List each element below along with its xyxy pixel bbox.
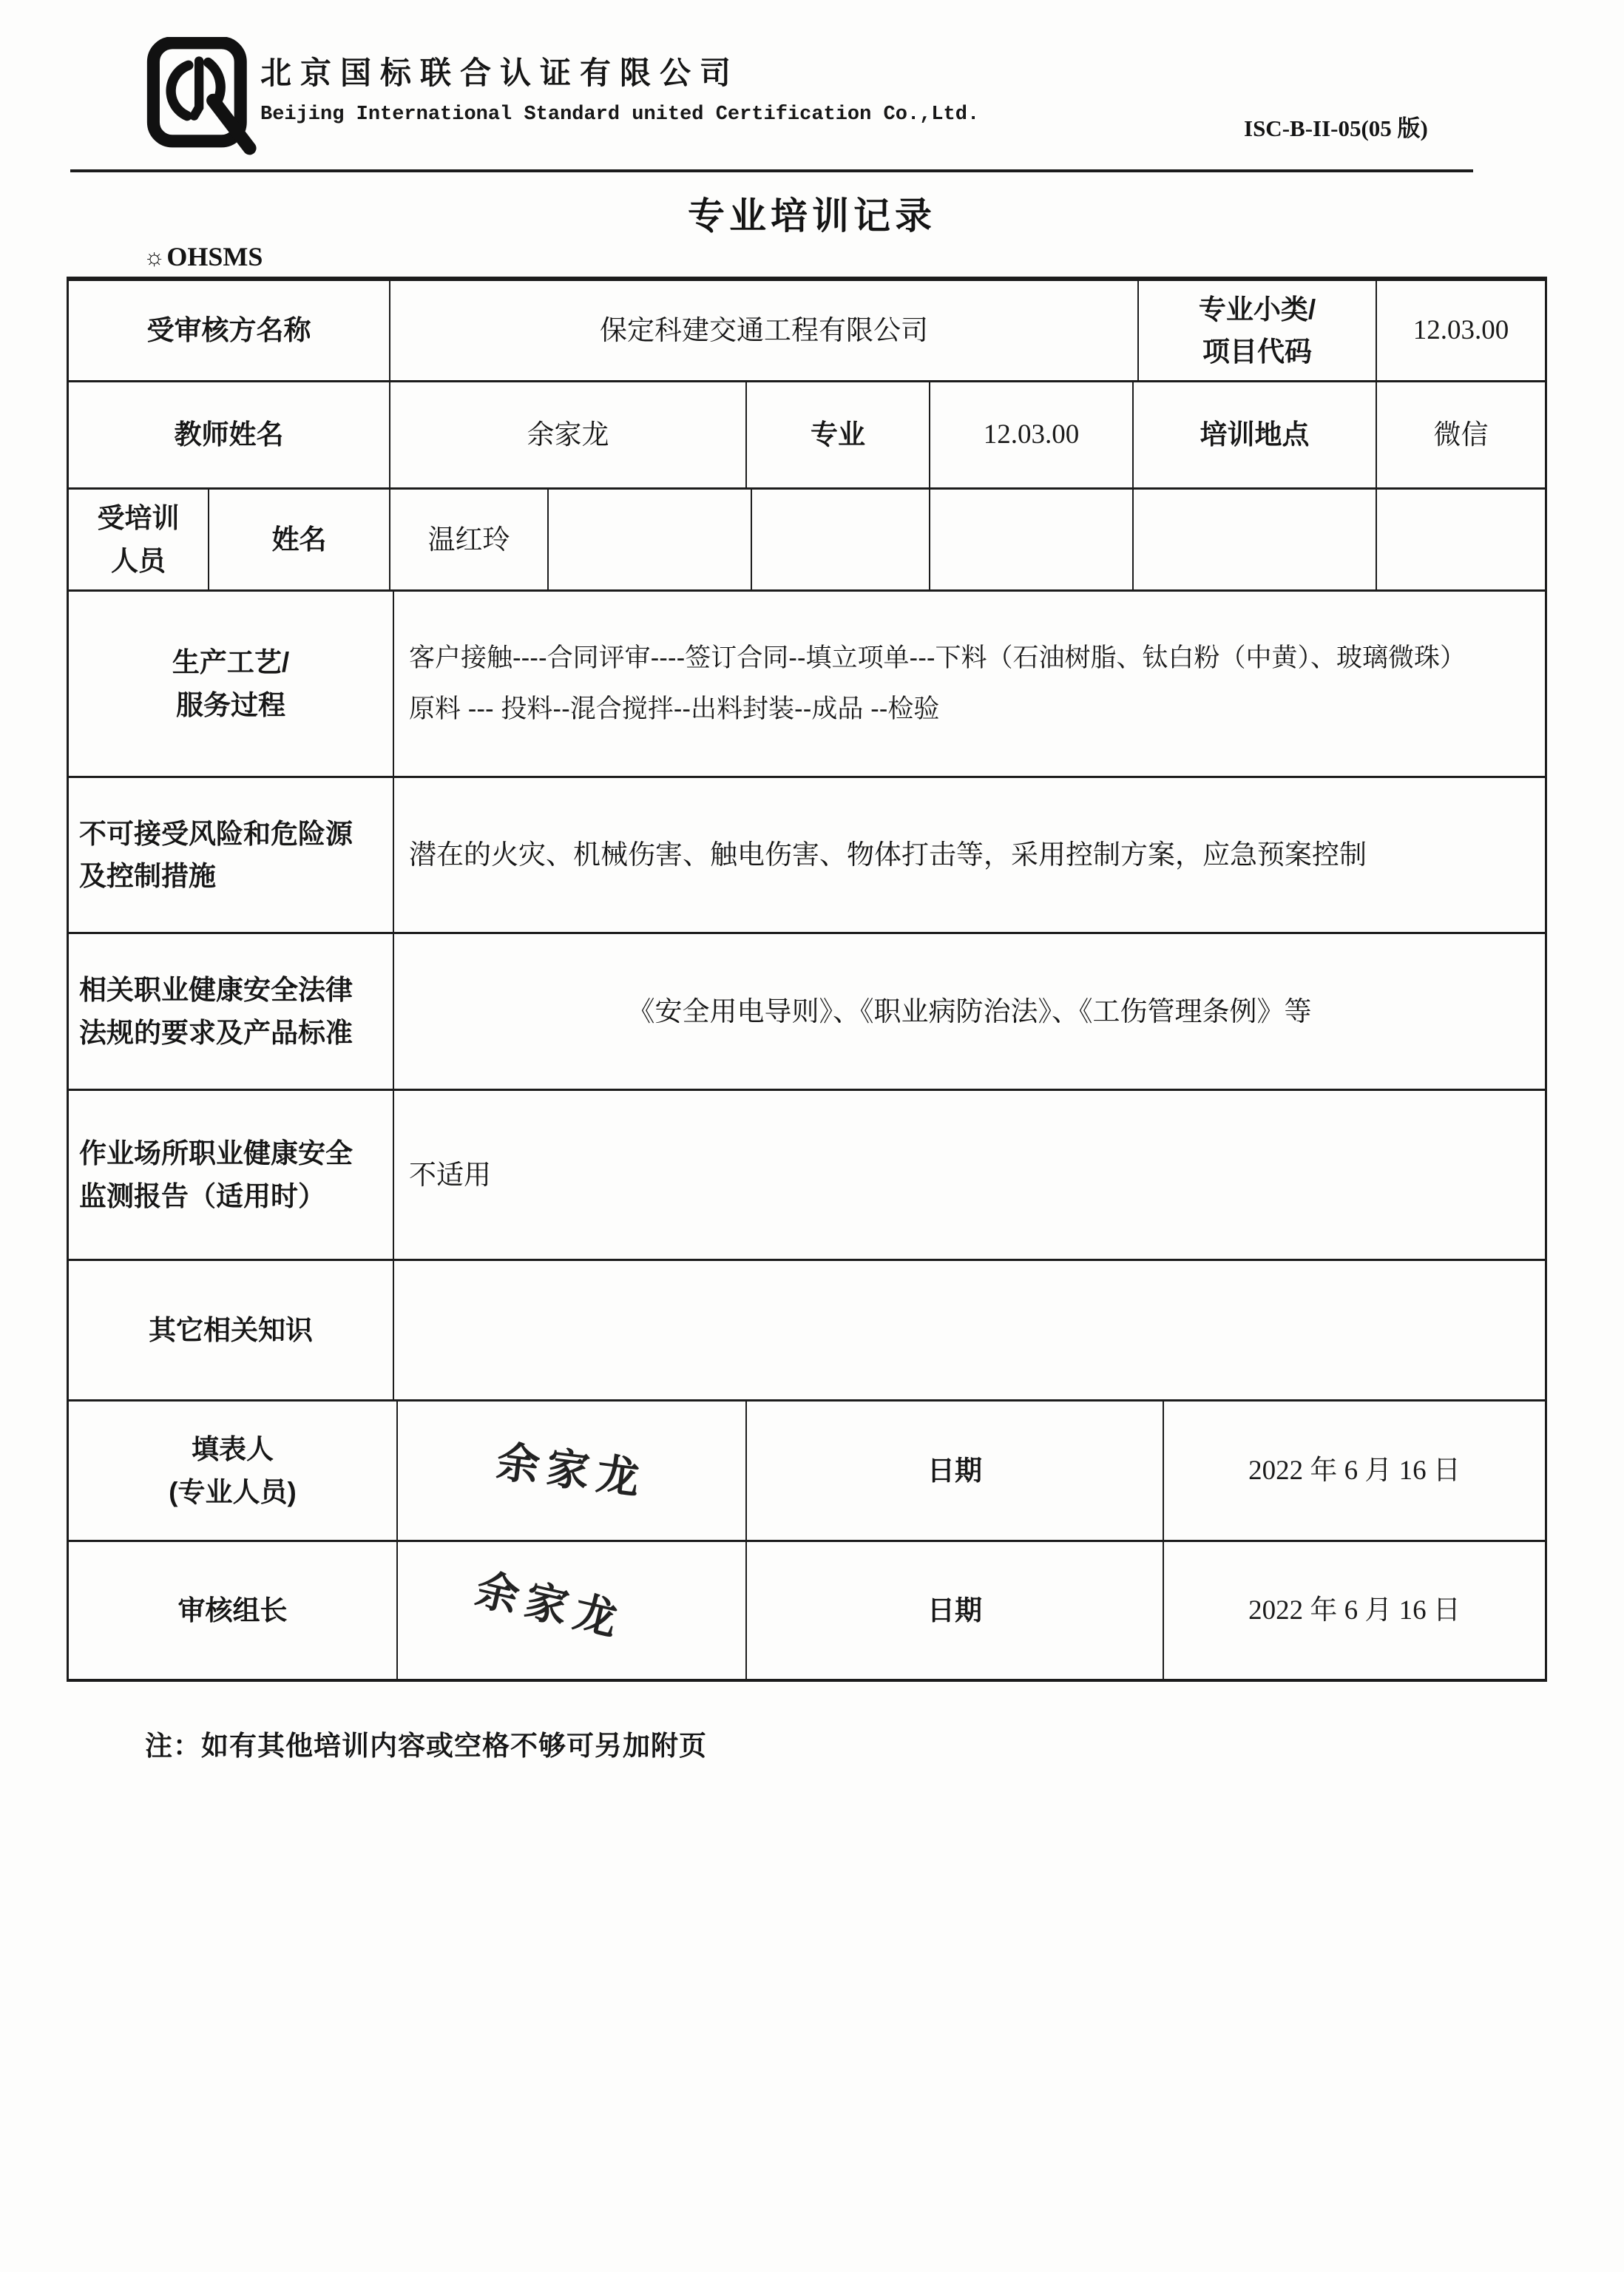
ohsms-label: OHSMS bbox=[166, 241, 263, 272]
cell-process-label: 生产工艺/ 服务过程 bbox=[69, 592, 393, 776]
cell-risks-label: 不可接受风险和危险源 及控制措施 bbox=[69, 778, 393, 932]
cell-teacher-name: 余家龙 bbox=[389, 382, 745, 487]
cell-trainee-name-label: 姓名 bbox=[208, 490, 389, 589]
row-process: 生产工艺/ 服务过程 客户接触----合同评审----签订合同--填立项单---… bbox=[69, 589, 1545, 776]
cell-trainee-name-6-empty bbox=[1376, 490, 1545, 589]
cell-audit-leader-label: 审核组长 bbox=[69, 1542, 396, 1679]
cell-trainee-name-5-empty bbox=[1132, 490, 1376, 589]
cell-form-filler-date-value: 2022 年 6 月 16 日 bbox=[1163, 1402, 1545, 1540]
cell-form-filler-label: 填表人 (专业人员) bbox=[69, 1402, 396, 1540]
header-divider bbox=[70, 169, 1473, 172]
certification-logo-icon bbox=[145, 37, 257, 157]
cell-major-label: 专业 bbox=[745, 382, 929, 487]
cell-monitoring-content: 不适用 bbox=[393, 1091, 1545, 1259]
cell-audit-leader-date-label: 日期 bbox=[745, 1542, 1163, 1679]
cell-trainee-group-label: 受培训 人员 bbox=[69, 490, 208, 589]
cell-audited-org-value: 保定科建交通工程有限公司 bbox=[389, 281, 1137, 380]
cell-project-code-value: 12.03.00 bbox=[1376, 281, 1545, 380]
cell-trainee-name-1: 温红玲 bbox=[389, 490, 547, 589]
cell-regulations-content: 《安全用电导则》、《职业病防治法》、《工伤管理条例》等 bbox=[393, 934, 1545, 1089]
cell-project-code-label: 专业小类/ 项目代码 bbox=[1137, 281, 1376, 380]
cell-audit-leader-date-value: 2022 年 6 月 16 日 bbox=[1163, 1542, 1545, 1679]
cell-trainee-name-2-empty bbox=[547, 490, 751, 589]
cell-other-knowledge-content-empty bbox=[393, 1261, 1545, 1399]
cell-monitoring-label: 作业场所职业健康安全 监测报告（适用时） bbox=[69, 1091, 393, 1259]
row-monitoring-report: 作业场所职业健康安全 监测报告（适用时） 不适用 bbox=[69, 1089, 1545, 1259]
footer-note: 注：如有其他培训内容或空格不够可另加附页 bbox=[145, 1723, 707, 1763]
company-name-cn: 北京国标联合认证有限公司 bbox=[260, 49, 979, 93]
cell-location-value: 微信 bbox=[1376, 382, 1545, 487]
cell-audit-leader-signature: 余家龙 bbox=[396, 1542, 745, 1679]
cell-risks-content: 潜在的火灾、机械伤害、触电伤害、物体打击等，采用控制方案，应急预案控制 bbox=[393, 778, 1545, 932]
process-flow-line-1: 客户接触----合同评审----签订合同--填立项单---下料（石油树脂、钛白粉… bbox=[409, 633, 1466, 683]
cell-trainee-name-3-empty bbox=[751, 490, 929, 589]
cell-location-label: 培训地点 bbox=[1132, 382, 1376, 487]
row-regulations: 相关职业健康安全法律 法规的要求及产品标准 《安全用电导则》、《职业病防治法》、… bbox=[69, 932, 1545, 1089]
cell-major-value: 12.03.00 bbox=[929, 382, 1132, 487]
cell-process-content: 客户接触----合同评审----签订合同--填立项单---下料（石油树脂、钛白粉… bbox=[393, 592, 1545, 776]
gear-sun-icon: ☼ bbox=[143, 245, 165, 268]
scanned-training-record-page: 北京国标联合认证有限公司 Beijing International Stand… bbox=[0, 0, 1624, 2272]
cell-form-filler-date-label: 日期 bbox=[745, 1402, 1163, 1540]
training-record-table: 受审核方名称 保定科建交通工程有限公司 专业小类/ 项目代码 12.03.00 … bbox=[67, 277, 1547, 1682]
cell-regulations-label: 相关职业健康安全法律 法规的要求及产品标准 bbox=[69, 934, 393, 1089]
page-title: 专业培训记录 bbox=[0, 186, 1624, 240]
row-form-filler: 填表人 (专业人员) 余家龙 日期 2022 年 6 月 16 日 bbox=[69, 1399, 1545, 1540]
cell-form-filler-signature: 余家龙 bbox=[396, 1402, 745, 1540]
company-header: 北京国标联合认证有限公司 Beijing International Stand… bbox=[260, 49, 979, 126]
row-audited-org: 受审核方名称 保定科建交通工程有限公司 专业小类/ 项目代码 12.03.00 bbox=[69, 281, 1545, 380]
row-trainees: 受培训 人员 姓名 温红玲 bbox=[69, 487, 1545, 589]
cell-teacher-label: 教师姓名 bbox=[69, 382, 389, 487]
process-flow-line-2: 原料 --- 投料--混合搅拌--出料封装--成品 --检验 bbox=[409, 684, 939, 734]
handwritten-signature: 余家龙 bbox=[469, 1556, 631, 1654]
cell-audited-org-label: 受审核方名称 bbox=[69, 281, 389, 380]
ohsms-tag: ☼ OHSMS bbox=[143, 241, 263, 272]
row-risks: 不可接受风险和危险源 及控制措施 潜在的火灾、机械伤害、触电伤害、物体打击等，采… bbox=[69, 776, 1545, 932]
cell-other-knowledge-label: 其它相关知识 bbox=[69, 1261, 393, 1399]
row-audit-leader: 审核组长 余家龙 日期 2022 年 6 月 16 日 bbox=[69, 1540, 1545, 1679]
row-other-knowledge: 其它相关知识 bbox=[69, 1259, 1545, 1399]
document-code: ISC-B-II-05(05 版) bbox=[1244, 109, 1428, 143]
company-name-en: Beijing International Standard united Ce… bbox=[260, 104, 979, 126]
handwritten-signature: 余家龙 bbox=[493, 1428, 650, 1512]
row-teacher: 教师姓名 余家龙 专业 12.03.00 培训地点 微信 bbox=[69, 380, 1545, 487]
cell-trainee-name-4-empty bbox=[929, 490, 1132, 589]
